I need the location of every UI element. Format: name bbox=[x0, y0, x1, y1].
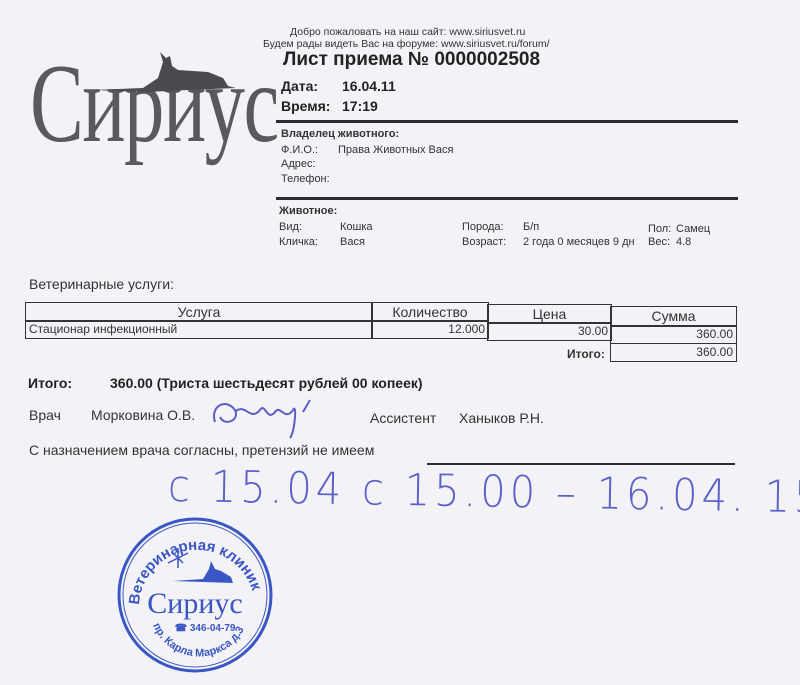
client-signature-line bbox=[427, 463, 735, 465]
breed-label: Порода: bbox=[462, 221, 504, 233]
date-label: Дата: bbox=[281, 78, 318, 94]
address-label: Адрес: bbox=[281, 158, 316, 170]
sum-cell: 360.00 bbox=[610, 325, 737, 344]
quantity-cell: 12.000 bbox=[371, 320, 489, 339]
age-value: 2 года 0 месяцев 9 дн bbox=[523, 236, 635, 248]
divider-2 bbox=[276, 197, 738, 200]
stamp-center-text: Сириус bbox=[147, 587, 242, 620]
fio-value: Права Животных Вася bbox=[338, 144, 453, 156]
agreement-text: С назначением врача согласны, претензий … bbox=[29, 442, 374, 458]
species-label: Вид: bbox=[279, 221, 302, 233]
column-header-service: Услуга bbox=[25, 302, 373, 322]
pet-name-label: Кличка: bbox=[279, 236, 318, 248]
phone-label: Телефон: bbox=[281, 173, 330, 185]
column-header-quantity: Количество bbox=[371, 302, 489, 322]
time-label: Время: bbox=[281, 98, 330, 114]
species-value: Кошка bbox=[340, 221, 373, 233]
dog-logo-icon bbox=[88, 48, 238, 98]
time-value: 17:19 bbox=[342, 98, 378, 114]
table-total-label: Итого: bbox=[567, 347, 605, 361]
table-total-value: 360.00 bbox=[610, 343, 737, 362]
doctor-signature-icon bbox=[205, 392, 335, 442]
services-section-label: Ветеринарные услуги: bbox=[29, 276, 174, 292]
assistant-label: Ассистент bbox=[370, 410, 436, 426]
weight-label: Вес: bbox=[648, 236, 670, 248]
assistant-name: Ханыков Р.Н. bbox=[459, 410, 544, 426]
sex-value: Самец bbox=[676, 223, 710, 235]
stamp-phone-text: ☎ 346-04-79 bbox=[175, 623, 236, 634]
site-welcome-line: Добро пожаловать на наш сайт: www.sirius… bbox=[290, 26, 525, 38]
clinic-stamp-icon: Ветеринарная клиника пр. Карла Маркса д.… bbox=[113, 513, 277, 677]
pet-name-value: Вася bbox=[340, 236, 365, 248]
age-label: Возраст: bbox=[462, 236, 506, 248]
column-header-sum: Сумма bbox=[610, 306, 737, 327]
service-cell: Стационар инфекционный bbox=[25, 320, 373, 339]
animal-section-label: Животное: bbox=[279, 205, 337, 217]
grand-total-label: Итого: bbox=[28, 375, 72, 391]
doctor-name: Морковина О.В. bbox=[91, 407, 195, 423]
column-header-price: Цена bbox=[487, 304, 612, 324]
document-title: Лист приема № 0000002508 bbox=[283, 49, 540, 71]
date-value: 16.04.11 bbox=[342, 78, 396, 94]
sex-label: Пол: bbox=[648, 223, 671, 235]
owner-section-label: Владелец животного: bbox=[281, 128, 399, 140]
doctor-label: Врач bbox=[29, 407, 61, 423]
price-cell: 30.00 bbox=[487, 322, 612, 341]
grand-total-text: 360.00 (Триста шестьдесят рублей 00 копе… bbox=[110, 375, 423, 391]
breed-value: Б/п bbox=[523, 221, 539, 233]
fio-label: Ф.И.О.: bbox=[281, 144, 318, 156]
divider-1 bbox=[276, 120, 738, 123]
weight-value: 4.8 bbox=[676, 236, 691, 248]
